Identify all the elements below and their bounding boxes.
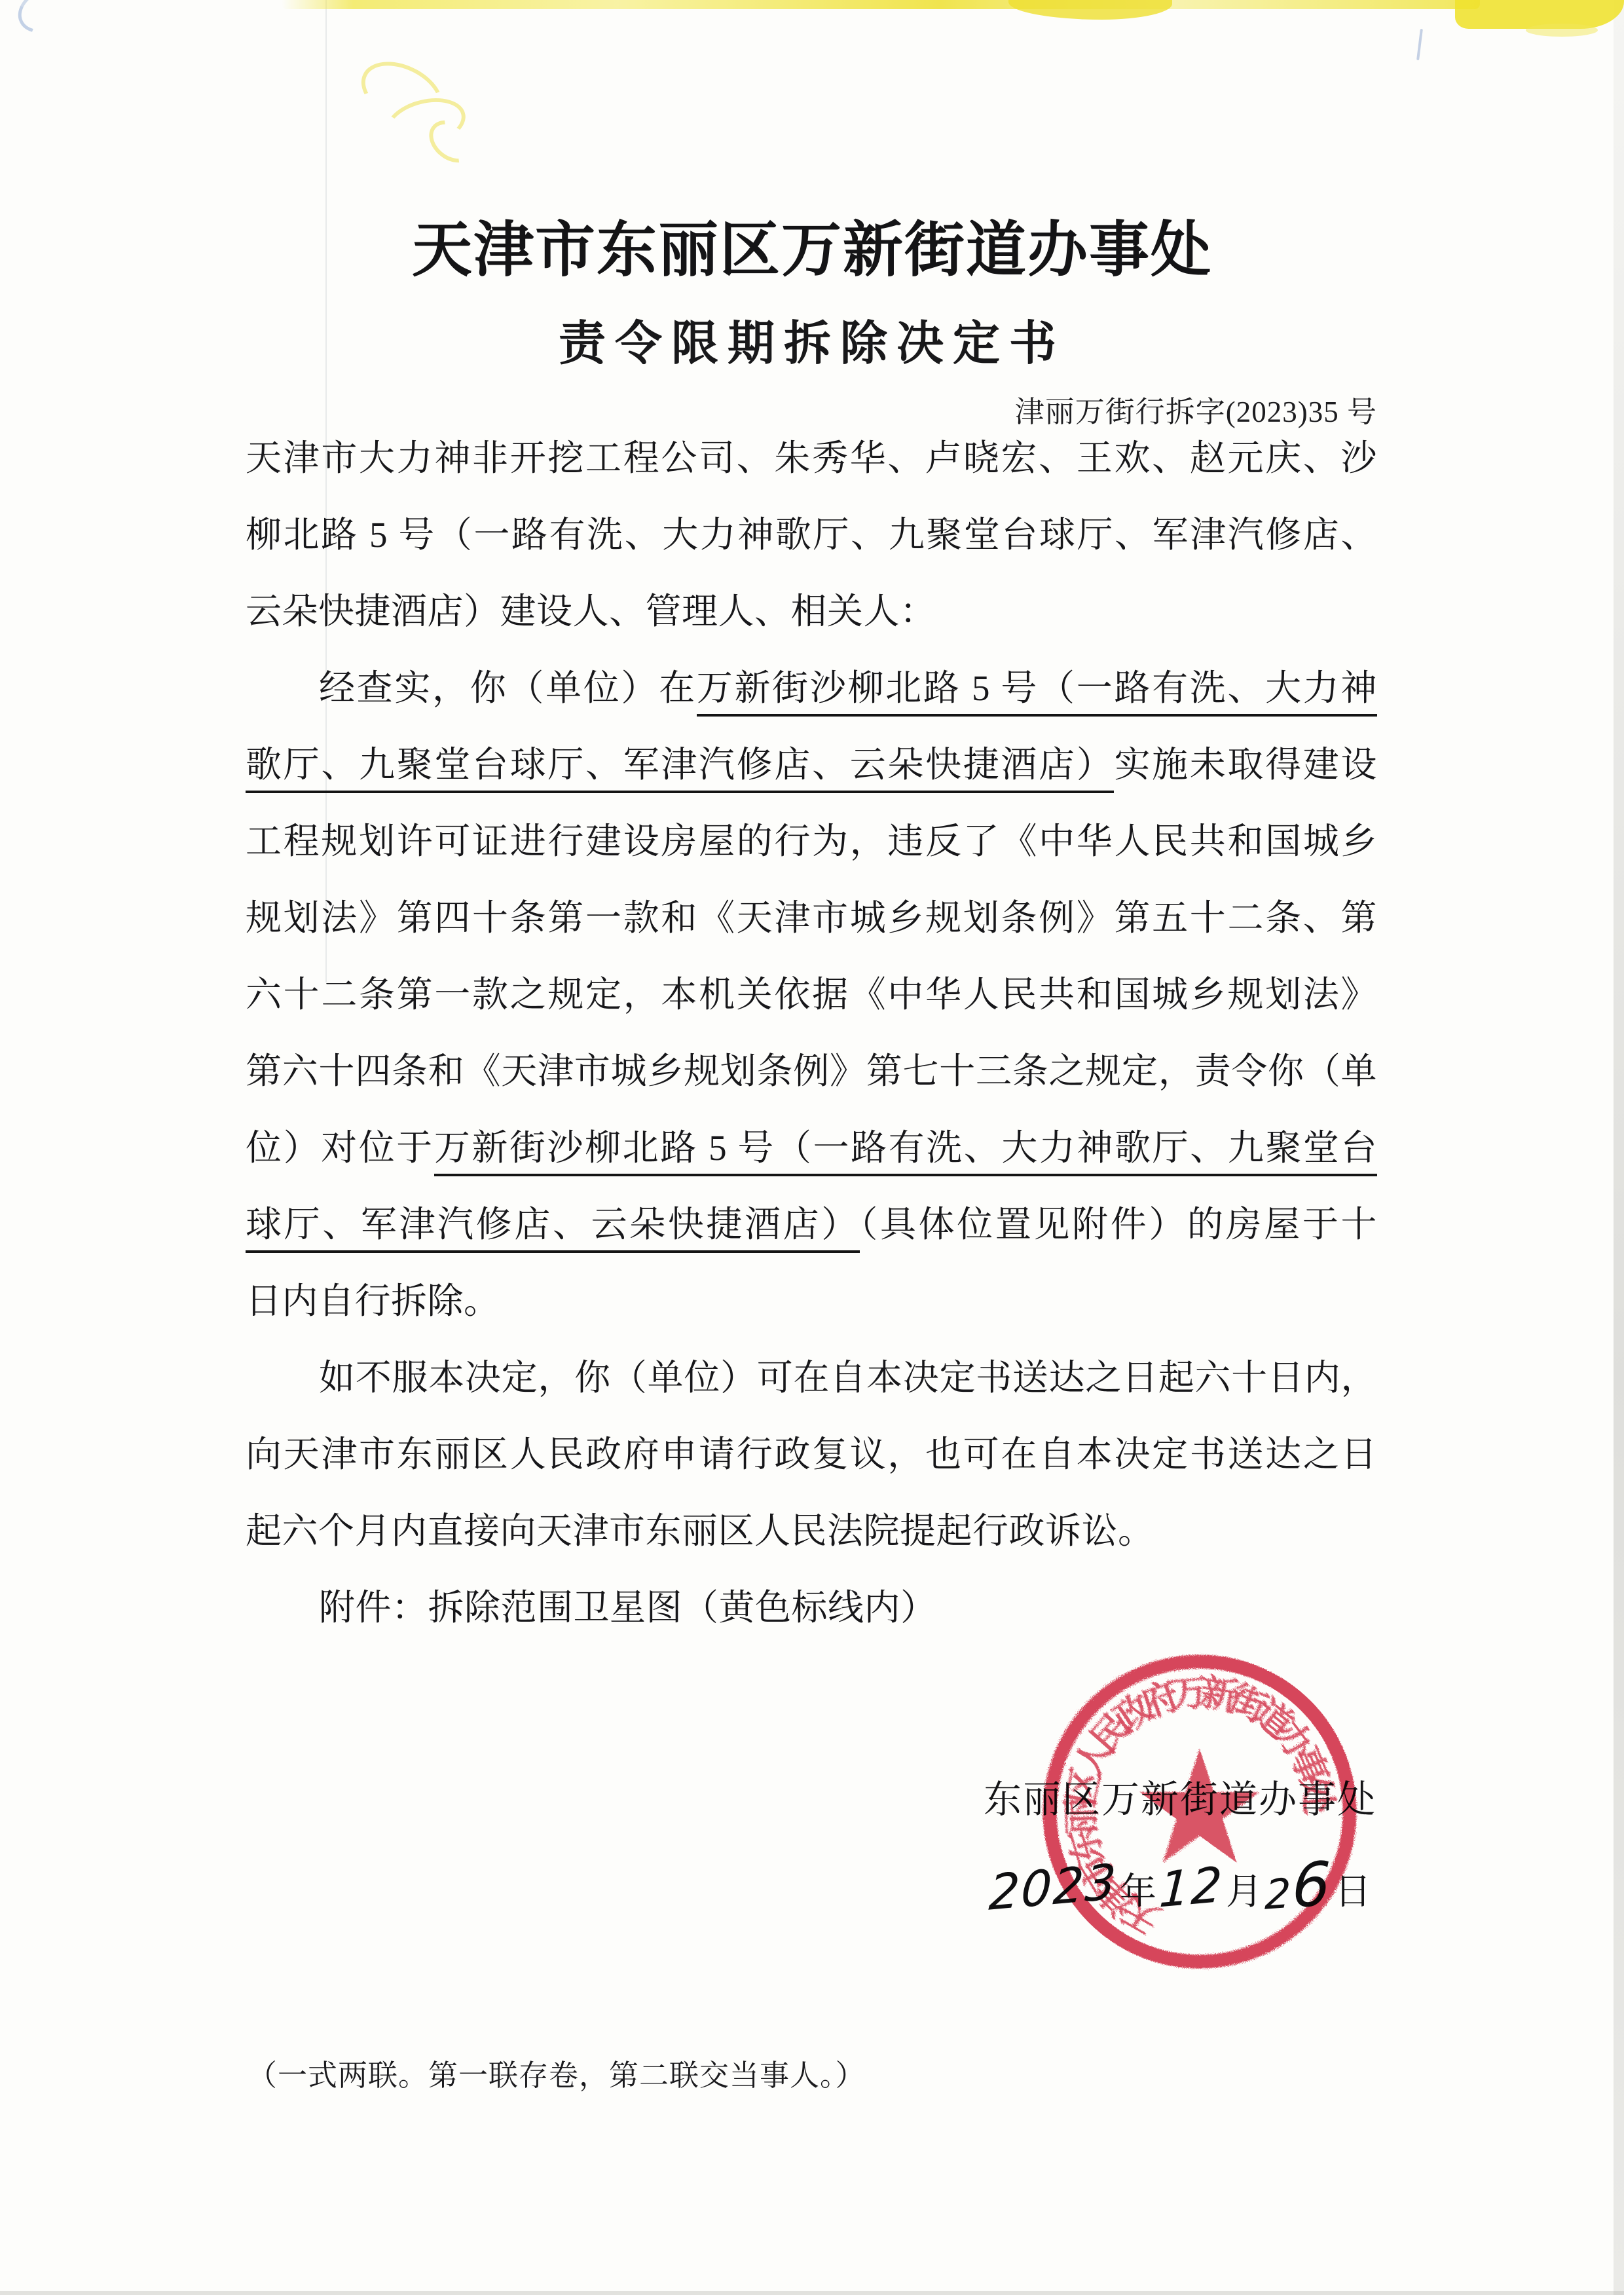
body-line: 起六个月内直接向天津市东丽区人民法院提起行政诉讼。: [246, 1493, 1377, 1569]
body-text: 工程规划许可证进行建设房屋的行为，违反了《中华人民共和国城乡: [246, 821, 1377, 861]
underlined-text: 万新街沙柳北路 5 号（一路有洗、大力神: [697, 668, 1377, 717]
body-line: 第六十四条和《天津市城乡规划条例》第七十三条之规定，责令你（单: [246, 1033, 1377, 1110]
underlined-text: 球厅、军津汽修店、云朵快捷酒店）: [246, 1204, 860, 1253]
body-line: 六十二条第一款之规定，本机关依据《中华人民共和国城乡规划法》: [246, 956, 1377, 1033]
body-line: 日内自行拆除。: [246, 1263, 1377, 1339]
underlined-text: 万新街沙柳北路 5 号（一路有洗、大力神歌厅、九聚堂台: [434, 1128, 1377, 1176]
seal-arc-char: 处: [1293, 1774, 1339, 1816]
issuing-office-title: 天津市东丽区万新街道办事处: [0, 202, 1624, 288]
pen-curl-mark: [10, 0, 82, 41]
body-line: 柳北路 5 号（一路有洗、大力神歌厅、九聚堂台球厅、军津汽修店、: [246, 496, 1377, 573]
body-text: 经查实，你（单位）在: [319, 668, 697, 708]
body-line: 经查实，你（单位）在万新街沙柳北路 5 号（一路有洗、大力神: [246, 650, 1377, 726]
body-text: 六十二条第一款之规定，本机关依据《中华人民共和国城乡规划法》: [246, 975, 1377, 1015]
body-line: 工程规划许可证进行建设房屋的行为，违反了《中华人民共和国城乡: [246, 803, 1377, 880]
body-text: 规划法》第四十条第一款和《天津市城乡规划条例》第五十二条、第: [246, 898, 1377, 938]
body-text: 天津市大力神非开挖工程公司、朱秀华、卢晓宏、王欢、赵元庆、沙: [246, 438, 1377, 478]
document-body: 天津市大力神非开挖工程公司、朱秀华、卢晓宏、王欢、赵元庆、沙柳北路 5 号（一路…: [246, 420, 1377, 1646]
scan-edge-shadow-bottom: [0, 2291, 1624, 2295]
body-text: 如不服本决定，你（单位）可在自本决定书送达之日起六十日内，: [319, 1358, 1377, 1398]
body-line: 位）对位于万新街沙柳北路 5 号（一路有洗、大力神歌厅、九聚堂台: [246, 1110, 1377, 1186]
body-text: 附件：拆除范围卫星图（黄色标线内）: [319, 1588, 937, 1628]
document-title: 责令限期拆除决定书: [0, 305, 1624, 373]
highlighter-smudge-top: [282, 0, 1480, 9]
body-text: （具体位置见附件）的房屋于十: [860, 1204, 1377, 1244]
body-line: 云朵快捷酒店）建设人、管理人、相关人：: [246, 573, 1377, 650]
seal-star: [1140, 1749, 1260, 1863]
official-seal: 天津市东丽区人民政府万新街道办事处: [1028, 1640, 1371, 1983]
underlined-text: 歌厅、九聚堂台球厅、军津汽修店、云朵快捷酒店）: [246, 745, 1114, 793]
body-line: 向天津市东丽区人民政府申请行政复议，也可在自本决定书送达之日: [246, 1416, 1377, 1493]
body-text: 起六个月内直接向天津市东丽区人民法院提起行政诉讼。: [246, 1511, 1154, 1551]
body-text: 第六十四条和《天津市城乡规划条例》第七十三条之规定，责令你（单: [246, 1051, 1377, 1091]
body-text: 实施未取得建设: [1114, 745, 1377, 785]
body-line: 歌厅、九聚堂台球厅、军津汽修店、云朵快捷酒店）实施未取得建设: [246, 726, 1377, 803]
copy-distribution-note: （一式两联。第一联存卷，第二联交当事人。）: [248, 2051, 866, 2094]
body-line: 附件：拆除范围卫星图（黄色标线内）: [246, 1569, 1377, 1646]
body-text: 柳北路 5 号（一路有洗、大力神歌厅、九聚堂台球厅、军津汽修店、: [246, 515, 1377, 555]
body-text: 位）对位于: [246, 1128, 434, 1168]
body-text: 向天津市东丽区人民政府申请行政复议，也可在自本决定书送达之日: [246, 1434, 1377, 1474]
body-line: 球厅、军津汽修店、云朵快捷酒店）（具体位置见附件）的房屋于十: [246, 1186, 1377, 1263]
highlighter-blob-top-right-2: [1526, 24, 1598, 37]
body-text: 日内自行拆除。: [246, 1281, 500, 1321]
body-line: 规划法》第四十条第一款和《天津市城乡规划条例》第五十二条、第: [246, 880, 1377, 956]
body-line: 如不服本决定，你（单位）可在自本决定书送达之日起六十日内，: [246, 1339, 1377, 1416]
highlighter-blob-top-center: [1008, 0, 1172, 20]
body-line: 天津市大力神非开挖工程公司、朱秀华、卢晓宏、王欢、赵元庆、沙: [246, 420, 1377, 496]
body-text: 云朵快捷酒店）建设人、管理人、相关人：: [246, 591, 936, 631]
pen-tick-mark: [1416, 29, 1423, 60]
